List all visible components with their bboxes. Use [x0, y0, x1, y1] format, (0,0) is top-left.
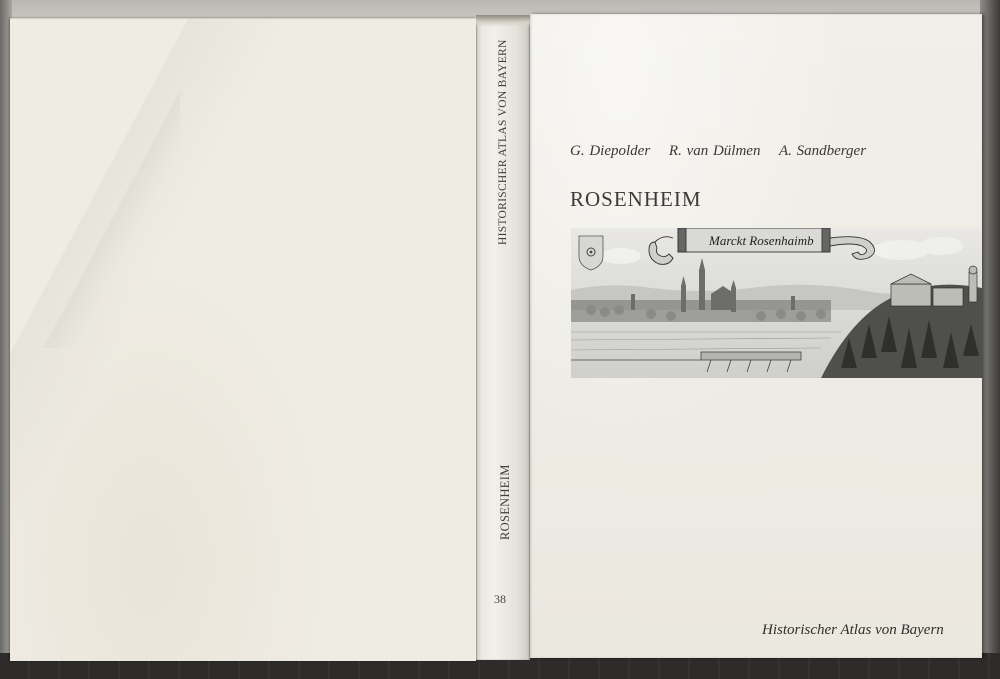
spine-volume-number: 38: [494, 592, 506, 607]
author-3: A. Sandberger: [779, 143, 866, 159]
spine-worn-top: [476, 15, 530, 27]
spine-series-title: HISTORISCHER ATLAS VON BAYERN: [497, 39, 509, 245]
author-line: G. Diepolder R. van Dülmen A. Sandberger: [570, 143, 880, 160]
series-footer-title: Historischer Atlas von Bayern: [762, 622, 944, 639]
bridge: [571, 352, 801, 372]
back-cover-crease: [10, 18, 180, 348]
town-engraving-image: Marckt Rosenhaimb: [571, 228, 982, 378]
author-2: R. van Dülmen: [669, 143, 761, 159]
engraving-illustration: Marckt Rosenhaimb: [571, 228, 982, 378]
background-right-edge: [980, 0, 1000, 679]
book-jacket-scan: HISTORISCHER ATLAS VON BAYERN ROSENHEIM …: [0, 0, 1000, 679]
back-cover: [10, 18, 476, 661]
svg-text:Marckt Rosenhaimb: Marckt Rosenhaimb: [708, 233, 814, 248]
coat-of-arms-icon: [579, 236, 603, 270]
cover-title: ROSENHEIM: [570, 187, 702, 212]
author-1: G. Diepolder: [570, 143, 650, 159]
spine-book-title: ROSENHEIM: [498, 464, 513, 540]
